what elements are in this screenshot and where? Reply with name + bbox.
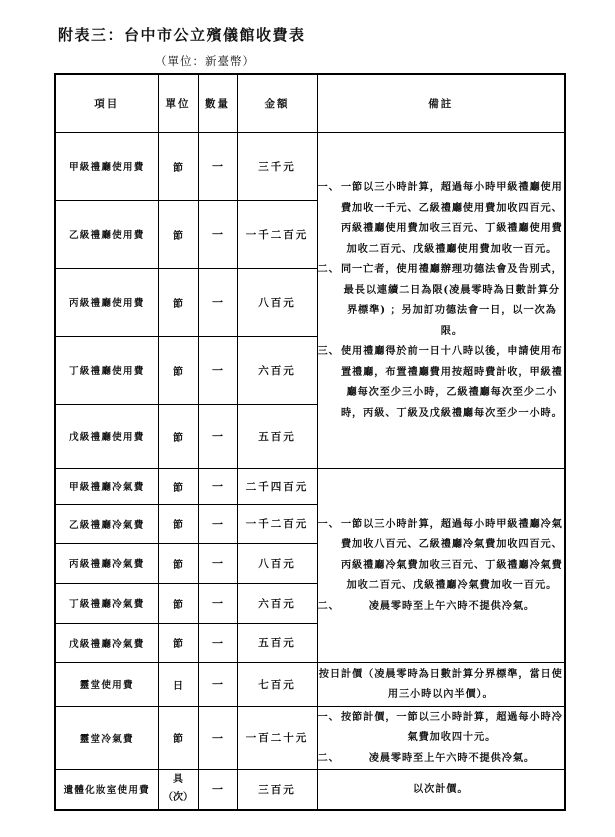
unit-cell: 節 [158,543,198,583]
item-cell: 乙級禮廳使用費 [55,200,158,268]
note-hall-usage: 一、 一節以三小時計算，超過每小時甲級禮廳使用費加收一千元、乙級禮廳使用費加收四… [317,132,565,468]
quantity-cell: 一 [198,583,237,623]
amount-cell: 一千二百元 [237,504,317,543]
note-list-item: 一、 一節以三小時計算，超過每小時甲級禮廳冷氣費加收八百元、乙級禮廳冷氣費加收四… [318,514,565,596]
note-makeup-room: 以次計價。 [317,769,565,810]
quantity-cell: 一 [198,769,237,810]
table-row: 甲級禮廳使用費 節 一 三千元 一、 一節以三小時計算，超過每小時甲級禮廳使用費… [55,132,565,200]
document-title: 附表三：台中市公立殯儀館收費表 [58,24,306,45]
unit-cell: 節 [158,132,198,200]
header-item: 項目 [55,74,158,132]
quantity-cell: 一 [198,132,237,200]
note-list-item: 二、 凌晨零時至上午六時不提供冷氣。 [318,596,565,617]
amount-cell: 三千元 [237,132,317,200]
note-list-item: 二、 同一亡者，使用禮廳辦理功德法會及告別式，最長以連續二日為限(凌晨零時為日數… [318,259,565,341]
item-cell: 靈堂冷氣費 [55,706,158,769]
amount-cell: 六百元 [237,583,317,623]
unit-extra-label: （次） [159,789,198,807]
note-list-item: 三、 使用禮廳得於前一日十八時以後，申請使用布置禮廳，布置禮廳費用按超時費計收，… [318,341,565,423]
quantity-cell: 一 [198,623,237,662]
item-cell: 乙級禮廳冷氣費 [55,504,158,543]
amount-cell: 七百元 [237,662,317,706]
unit-cell: 節 [158,268,198,336]
note-mourning-ac: 一、 按節計價，一節以三小時計算，超過每小時冷氣費加收四十元。 二、 凌晨零時至… [317,706,565,769]
item-cell: 甲級禮廳使用費 [55,132,158,200]
note-list-item: 一、 一節以三小時計算，超過每小時甲級禮廳使用費加收一千元、乙級禮廳使用費加收四… [318,177,565,259]
quantity-cell: 一 [198,268,237,336]
unit-cell: 節 [158,583,198,623]
item-cell: 靈堂使用費 [55,662,158,706]
item-cell: 丁級禮廳冷氣費 [55,583,158,623]
quantity-cell: 一 [198,706,237,769]
amount-cell: 一千二百元 [237,200,317,268]
unit-cell: 具 （次） [158,769,198,810]
item-cell: 戊級禮廳使用費 [55,404,158,468]
unit-cell: 節 [158,200,198,268]
table-row: 遺體化妝室使用費 具 （次） 一 三百元 以次計價。 [55,769,565,810]
note-hall-ac: 一、 一節以三小時計算，超過每小時甲級禮廳冷氣費加收八百元、乙級禮廳冷氣費加收四… [317,468,565,662]
amount-cell: 八百元 [237,268,317,336]
header-note: 備註 [317,74,565,132]
quantity-cell: 一 [198,404,237,468]
quantity-cell: 一 [198,543,237,583]
item-cell: 丁級禮廳使用費 [55,336,158,404]
amount-cell: 八百元 [237,543,317,583]
table-row: 靈堂冷氣費 節 一 一百二十元 一、 按節計價，一節以三小時計算，超過每小時冷氣… [55,706,565,769]
header-unit: 單位 [158,74,198,132]
unit-cell: 節 [158,623,198,662]
note-list-item: 一、 按節計價，一節以三小時計算，超過每小時冷氣費加收四十元。 [318,707,565,748]
item-cell: 遺體化妝室使用費 [55,769,158,810]
note-mourning-usage: 按日計價（凌晨零時為日數計算分界標準，當日使用三小時以內半價）。 [317,662,565,706]
quantity-cell: 一 [198,200,237,268]
unit-cell: 節 [158,404,198,468]
quantity-cell: 一 [198,504,237,543]
unit-cell: 節 [158,468,198,504]
item-cell: 戊級禮廳冷氣費 [55,623,158,662]
amount-cell: 二千四百元 [237,468,317,504]
currency-unit-subtitle: （單位：新臺幣） [155,53,255,69]
quantity-cell: 一 [198,336,237,404]
unit-label: 具 [159,771,198,789]
amount-cell: 五百元 [237,623,317,662]
note-list-item: 二、 凌晨零時至上午六時不提供冷氣。 [318,748,565,769]
quantity-cell: 一 [198,468,237,504]
item-cell: 丙級禮廳使用費 [55,268,158,336]
header-row: 項目 單位 數量 金額 備註 [55,74,565,132]
amount-cell: 三百元 [237,769,317,810]
amount-cell: 五百元 [237,404,317,468]
unit-cell: 日 [158,662,198,706]
unit-cell: 節 [158,336,198,404]
quantity-cell: 一 [198,662,237,706]
unit-cell: 節 [158,706,198,769]
table-row: 靈堂使用費 日 一 七百元 按日計價（凌晨零時為日數計算分界標準，當日使用三小時… [55,662,565,706]
amount-cell: 一百二十元 [237,706,317,769]
unit-cell: 節 [158,504,198,543]
table-row: 甲級禮廳冷氣費 節 一 二千四百元 一、 一節以三小時計算，超過每小時甲級禮廳冷… [55,468,565,504]
fee-table: 項目 單位 數量 金額 備註 甲級禮廳使用費 節 一 三千元 一、 一節以三小時… [54,73,566,811]
header-amount: 金額 [237,74,317,132]
item-cell: 甲級禮廳冷氣費 [55,468,158,504]
amount-cell: 六百元 [237,336,317,404]
item-cell: 丙級禮廳冷氣費 [55,543,158,583]
header-quantity: 數量 [198,74,237,132]
